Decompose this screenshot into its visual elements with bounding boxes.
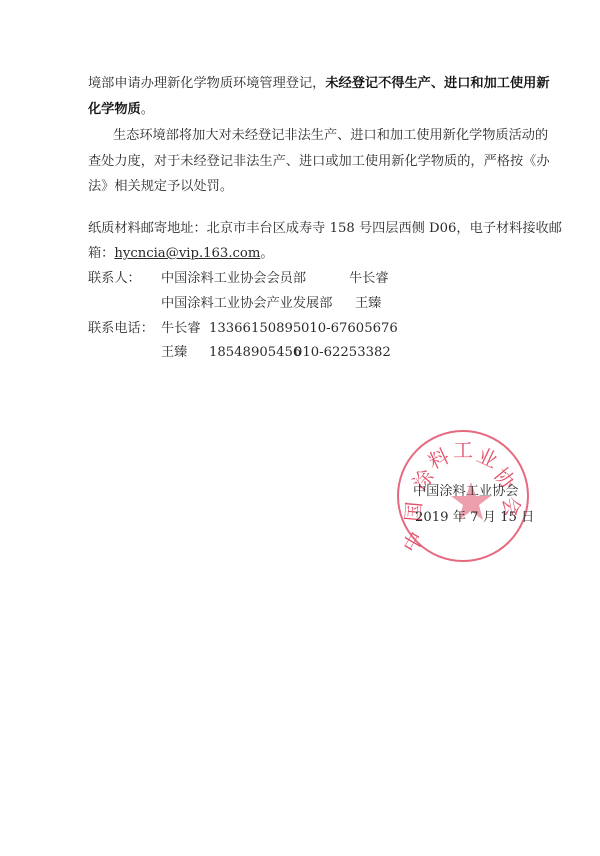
phone-name-2: 王臻 — [161, 344, 187, 362]
signature-org: 中国涂料工业协会 — [413, 480, 519, 499]
contact-dept-2: 中国涂料工业协会产业发展部 — [161, 295, 332, 313]
contact-name-1: 牛长睿 — [349, 270, 389, 288]
para1-text: 境部申请办理新化学物质环境管理登记， — [88, 76, 325, 91]
seal-char-5: 工 — [453, 434, 473, 463]
signature-date: 2019 年 7 月 15 日 — [415, 506, 534, 525]
address-line2: 箱：hycncia@vip.163.com。 — [88, 245, 274, 263]
phone-tel-2: 010-62253382 — [294, 344, 391, 362]
phone-name-1: 牛长睿 — [161, 320, 201, 338]
para1-period: 。 — [141, 102, 154, 117]
address-line1: 纸质材料邮寄地址：北京市丰台区成寿寺 158 号四层西侧 D06，电子材料接收邮 — [88, 220, 562, 238]
para2-line3: 法》相关规定予以处罚。 — [88, 178, 233, 196]
contact-name-2: 王臻 — [355, 295, 381, 313]
phone-mobile-2: 18548905456 — [209, 344, 301, 362]
para2-line2: 查处力度，对于未经登记非法生产、进口或加工使用新化学物质的，严格按《办 — [88, 153, 550, 171]
para1-line2: 化学物质。 — [88, 101, 154, 119]
email-period: 。 — [260, 246, 273, 261]
contacts-label: 联系人： — [88, 270, 141, 288]
email-link[interactable]: hycncia@vip.163.com — [114, 246, 260, 261]
document-page: 境部申请办理新化学物质环境管理登记，未经登记不得生产、进口和加工使用新 化学物质… — [0, 0, 600, 856]
para1-bold-text: 未经登记不得生产、进口和加工使用新 — [325, 76, 549, 91]
phone-tel-1: 010-67605676 — [301, 320, 398, 338]
contact-dept-1: 中国涂料工业协会会员部 — [161, 270, 306, 288]
para2-line1: 生态环境部将加大对未经登记非法生产、进口和加工使用新化学物质活动的 — [113, 127, 548, 145]
para1-line1: 境部申请办理新化学物质环境管理登记，未经登记不得生产、进口和加工使用新 — [88, 75, 550, 93]
phone-mobile-1: 13366150895 — [209, 320, 301, 338]
email-label: 箱： — [88, 246, 114, 261]
para1-bold-end: 化学物质 — [88, 102, 141, 117]
phones-label: 联系电话： — [88, 320, 154, 338]
